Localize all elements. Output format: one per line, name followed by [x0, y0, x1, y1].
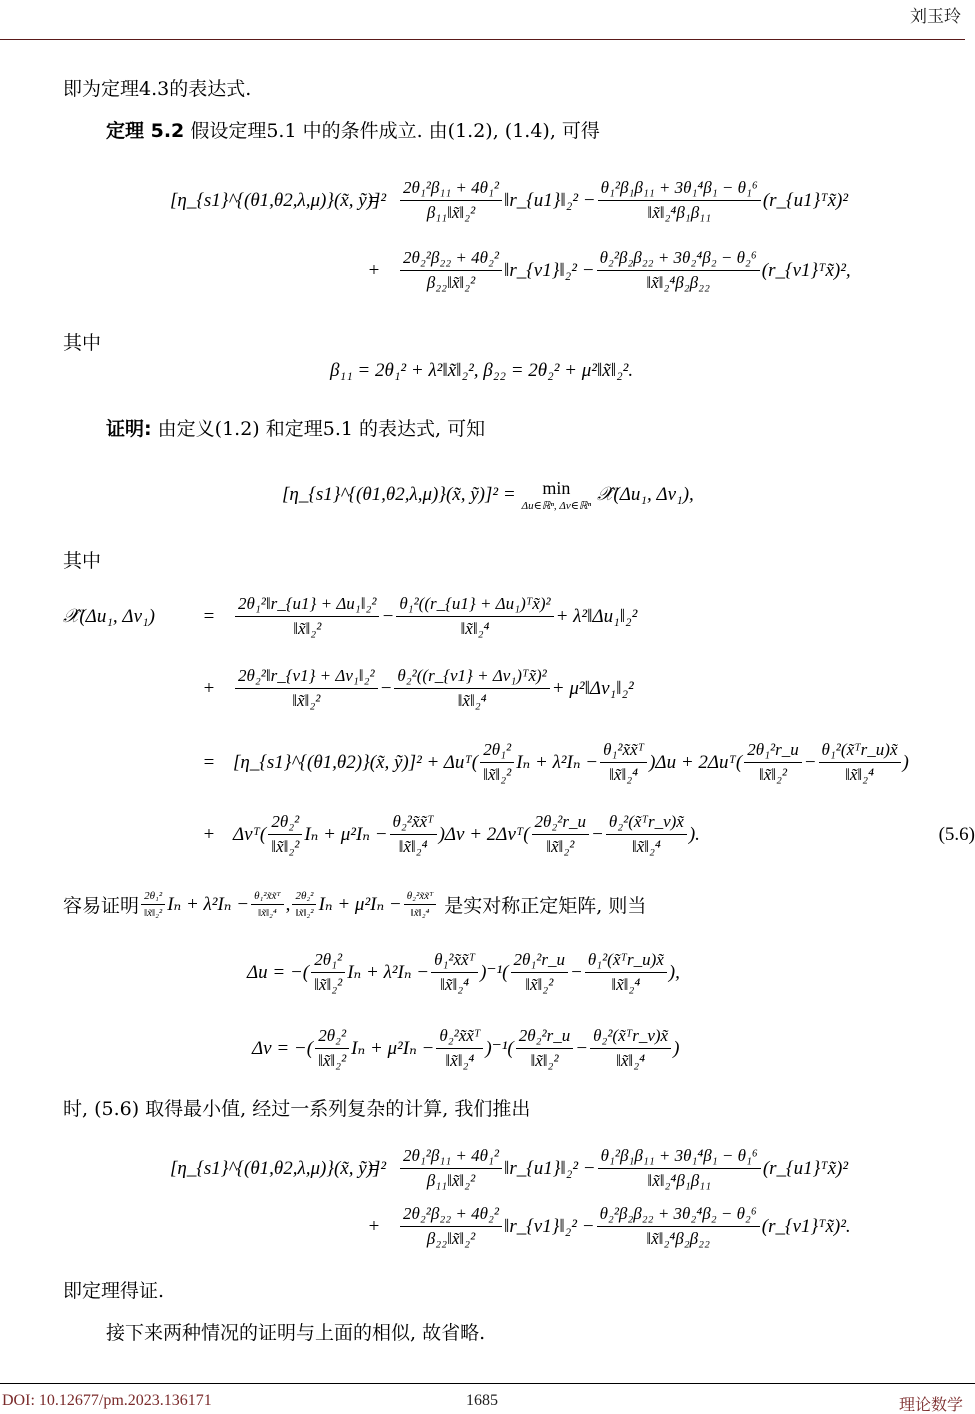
fraction: 2θ₁²‖x̃‖₂²: [311, 950, 345, 995]
equation-x-row4: + Δvᵀ( 2θ₂²‖x̃‖₂² Iₙ + μ²Iₙ − θ₂²x̃x̃ᵀ‖x…: [63, 812, 975, 857]
denominator: ‖x̃‖₂⁴: [255, 905, 280, 919]
denominator: ‖x̃‖₂⁴: [396, 835, 431, 857]
denominator: ‖x̃‖₂⁴: [613, 1049, 648, 1071]
fraction: 2θ₂²β₂₂ + 4θ₂²β₂₂‖x̃‖₂²: [400, 248, 502, 293]
equation-theorem-5-2-row1: [η_{s1}^{(θ1,θ2,λ,μ)}(x̃, ỹ)]² = 2θ₁²β₁₁…: [170, 178, 848, 223]
math-term: Iₙ + λ²Iₙ −: [516, 751, 598, 774]
math-term: ).: [689, 824, 700, 846]
denominator: ‖x̃‖₂⁴: [408, 905, 433, 919]
math-term: + λ²‖Δu₁‖₂²: [556, 606, 638, 628]
denominator: ‖x̃‖₂²: [289, 689, 323, 711]
numerator: 2θ₁²: [141, 890, 165, 905]
fraction: 2θ₂²r_u‖x̃‖₂²: [516, 1026, 573, 1071]
math-term: Iₙ + μ²Iₙ −: [304, 823, 387, 846]
math-term: )Δv + 2Δvᵀ(: [439, 824, 530, 846]
text: 是实对称正定矩阵, 则当: [444, 891, 646, 918]
math-term: + μ²‖Δv₁‖₂²: [552, 678, 634, 700]
fraction: 2θ₁²‖x̃‖₂²: [480, 740, 514, 785]
relation-equals: =: [350, 1158, 398, 1180]
fraction: θ₁²β₁β₁₁ + 3θ₁⁴β₁ − θ₁⁶‖x̃‖₂⁴β₁β₁₁: [598, 178, 761, 223]
footer-rule: [0, 1383, 975, 1384]
math-term: Δv = −(: [252, 1038, 313, 1060]
denominator: ‖x̃‖₂⁴β₂β₂₂: [643, 1227, 713, 1249]
numerator: 2θ₂²‖r_{v1} + Δv₁‖₂²: [235, 666, 378, 689]
fraction: 2θ₂²‖x̃‖₂²: [292, 890, 316, 919]
math-term: −: [381, 606, 394, 628]
paragraph-qed: 即定理得证.: [63, 1276, 164, 1303]
fraction: 2θ₂²‖x̃‖₂²: [268, 812, 302, 857]
paragraph-minimum: 时, (5.6) 取得最小值, 经过一系列复杂的计算, 我们推出: [63, 1094, 530, 1121]
numerator: θ₂²β₂β₂₂ + 3θ₂⁴β₂ − θ₂⁶: [597, 1204, 760, 1227]
denominator: ‖x̃‖₂⁴: [458, 617, 493, 639]
paragraph-positive-definite: 容易证明 2θ₁²‖x̃‖₂² Iₙ + λ²Iₙ − θ₁²x̃x̃ᵀ‖x̃‖…: [63, 890, 646, 919]
equation-beta-definition: β₁₁ = 2θ₁² + λ²‖x̃‖₂², β₂₂ = 2θ₂² + μ²‖x…: [330, 360, 633, 382]
fraction: θ₂²(x̃ᵀr_v)x̃‖x̃‖₂⁴: [590, 1026, 671, 1071]
math-term: ‖r_{v1}‖₂² −: [504, 1216, 595, 1238]
numerator: 2θ₂²r_u: [532, 812, 589, 835]
fraction: θ₁²(x̃ᵀr_u)x̃‖x̃‖₂⁴: [819, 740, 901, 785]
fraction: θ₂²(x̃ᵀr_v)x̃‖x̃‖₂⁴: [606, 812, 687, 857]
paragraph-where-2: 其中: [63, 546, 101, 573]
paragraph-theorem-4-3-ref: 即为定理4.3的表达式.: [63, 74, 251, 101]
fraction: 2θ₁²r_u‖x̃‖₂²: [511, 950, 568, 995]
denominator: ‖x̃‖₂⁴: [606, 763, 641, 785]
equation-lhs: [η_{s1}^{(θ1,θ2,λ,μ)}(x̃, ỹ)]² =: [282, 484, 516, 506]
relation-plus: +: [350, 1216, 398, 1238]
math-term: [η_{s1}^{(θ1,θ2)}(x̃, ỹ)]² + Δuᵀ(: [233, 752, 478, 774]
math-term: (r_{v1}ᵀx̃)².: [762, 1216, 851, 1238]
proof-label: 证明:: [106, 418, 152, 440]
fraction: 2θ₂²‖r_{v1} + Δv₁‖₂²‖x̃‖₂²: [235, 666, 378, 711]
numerator: θ₂²(x̃ᵀr_v)x̃: [606, 812, 687, 835]
math-term: −: [570, 962, 583, 984]
header-rule: [0, 39, 965, 40]
math-term: Δu = −(: [247, 962, 309, 984]
operator-subscript: Δu∈ℝⁿ, Δv∈ℝⁿ: [522, 499, 591, 512]
proof-intro: 证明: 由定义(1.2) 和定理5.1 的表达式, 可知: [106, 414, 485, 441]
equation-delta-u: Δu = −( 2θ₁²‖x̃‖₂² Iₙ + λ²Iₙ − θ₁²x̃x̃ᵀ‖…: [247, 950, 680, 995]
equation-lhs: 𝒳̂(Δu₁, Δv₁): [63, 606, 185, 628]
denominator: ‖x̃‖₂⁴: [442, 1049, 477, 1071]
numerator: 2θ₁²‖r_{u1} + Δu₁‖₂²: [235, 594, 379, 617]
theorem-text: 假设定理5.1 中的条件成立. 由(1.2), (1.4), 可得: [190, 120, 600, 142]
numerator: 2θ₂²r_u: [516, 1026, 573, 1049]
math-term: ‖r_{v1}‖₂² −: [504, 260, 595, 282]
relation-plus: +: [185, 678, 233, 700]
denominator: β₂₂‖x̃‖₂²: [424, 1227, 478, 1249]
denominator: ‖x̃‖₂²: [522, 973, 556, 995]
numerator: 2θ₁²r_u: [744, 740, 801, 763]
fraction: θ₁²(x̃ᵀr_u)x̃‖x̃‖₂⁴: [585, 950, 667, 995]
numerator: θ₁²x̃x̃ᵀ: [251, 890, 284, 905]
relation-plus: +: [350, 260, 398, 282]
math-term: )⁻¹(: [485, 1037, 513, 1060]
equation-rhs: 𝒳̂(Δu₁, Δv₁),: [597, 484, 694, 506]
math-term: ‖r_{u1}‖₂² −: [504, 190, 596, 212]
denominator: ‖x̃‖₂²: [756, 763, 790, 785]
equation-final-row2: + 2θ₂²β₂₂ + 4θ₂²β₂₂‖x̃‖₂² ‖r_{v1}‖₂² − θ…: [170, 1204, 851, 1249]
math-term: −: [575, 1038, 588, 1060]
math-term: Iₙ + μ²Iₙ −: [351, 1037, 434, 1060]
numerator: 2θ₁²β₁₁ + 4θ₁²: [400, 178, 502, 201]
fraction: 2θ₁²β₁₁ + 4θ₁²β₁₁‖x̃‖₂²: [400, 178, 502, 223]
math-term: Iₙ + μ²Iₙ −: [319, 893, 402, 916]
numerator: θ₁²(x̃ᵀr_u)x̃: [585, 950, 667, 973]
math-term: −: [380, 678, 393, 700]
fraction: θ₂²x̃x̃ᵀ‖x̃‖₂⁴: [404, 890, 437, 919]
math-term: (r_{v1}ᵀx̃)²,: [762, 260, 851, 282]
numerator: θ₂²(x̃ᵀr_v)x̃: [590, 1026, 671, 1049]
numerator: θ₁²x̃x̃ᵀ: [600, 740, 647, 763]
denominator: ‖x̃‖₂²: [141, 905, 165, 919]
math-term: ): [673, 1038, 679, 1060]
relation-plus: +: [185, 824, 233, 846]
fraction: θ₁²x̃x̃ᵀ‖x̃‖₂⁴: [600, 740, 647, 785]
numerator: 2θ₁²r_u: [511, 950, 568, 973]
min-operator: min Δu∈ℝⁿ, Δv∈ℝⁿ: [522, 478, 591, 512]
text: 容易证明: [63, 891, 139, 918]
equation-final-row1: [η_{s1}^{(θ1,θ2,λ,μ)}(x̃, ỹ)]² = 2θ₁²β₁₁…: [170, 1146, 848, 1191]
numerator: 2θ₁²β₁₁ + 4θ₁²: [400, 1146, 502, 1169]
equation-x-row1: 𝒳̂(Δu₁, Δv₁) = 2θ₁²‖r_{u1} + Δu₁‖₂²‖x̃‖₂…: [63, 594, 637, 639]
math-term: −: [804, 752, 817, 774]
theorem-label: 定理 5.2: [106, 120, 184, 142]
fraction: 2θ₁²r_u‖x̃‖₂²: [744, 740, 801, 785]
denominator: ‖x̃‖₂⁴β₁β₁₁: [644, 1169, 714, 1191]
math-term: ‖r_{u1}‖₂² −: [504, 1158, 596, 1180]
math-term: Iₙ + λ²Iₙ −: [347, 961, 429, 984]
fraction: θ₂²β₂β₂₂ + 3θ₂⁴β₂ − θ₂⁶‖x̃‖₂⁴β₂β₂₂: [597, 248, 760, 293]
equation-number: (5.6): [939, 824, 975, 846]
relation-equals: =: [185, 752, 233, 774]
numerator: θ₁²((r_{u1} + Δu₁)ᵀx̃)²: [396, 594, 553, 617]
fraction: 2θ₁²β₁₁ + 4θ₁²β₁₁‖x̃‖₂²: [400, 1146, 502, 1191]
relation-equals: =: [185, 606, 233, 628]
fraction: 2θ₂²‖x̃‖₂²: [315, 1026, 349, 1071]
numerator: θ₁²x̃x̃ᵀ: [431, 950, 478, 973]
proof-text: 由定义(1.2) 和定理5.1 的表达式, 可知: [158, 418, 485, 440]
fraction: θ₂²β₂β₂₂ + 3θ₂⁴β₂ − θ₂⁶‖x̃‖₂⁴β₂β₂₂: [597, 1204, 760, 1249]
fraction: 2θ₁²‖r_{u1} + Δu₁‖₂²‖x̃‖₂²: [235, 594, 379, 639]
denominator: ‖x̃‖₂²: [315, 1049, 349, 1071]
equation-min: [η_{s1}^{(θ1,θ2,λ,μ)}(x̃, ỹ)]² = min Δu∈…: [282, 478, 694, 512]
math-term: (r_{u1}ᵀx̃)²: [763, 190, 848, 212]
fraction: 2θ₂²β₂₂ + 4θ₂²β₂₂‖x̃‖₂²: [400, 1204, 502, 1249]
math-term: )⁻¹(: [480, 961, 508, 984]
denominator: ‖x̃‖₂⁴: [842, 763, 877, 785]
numerator: 2θ₂²: [315, 1026, 349, 1049]
numerator: θ₁²(x̃ᵀr_u)x̃: [819, 740, 901, 763]
fraction: θ₁²β₁β₁₁ + 3θ₁⁴β₁ − θ₁⁶‖x̃‖₂⁴β₁β₁₁: [598, 1146, 761, 1191]
denominator: β₁₁‖x̃‖₂²: [424, 1169, 478, 1191]
fraction: θ₂²x̃x̃ᵀ‖x̃‖₂⁴: [390, 812, 437, 857]
numerator: θ₂²x̃x̃ᵀ: [390, 812, 437, 835]
fraction: 2θ₂²r_u‖x̃‖₂²: [532, 812, 589, 857]
numerator: 2θ₁²: [480, 740, 514, 763]
operator: min: [542, 478, 570, 499]
math-term: )Δu + 2Δuᵀ(: [649, 752, 742, 774]
equation-lhs: [η_{s1}^{(θ1,θ2,λ,μ)}(x̃, ỹ)]²: [170, 190, 350, 212]
numerator: θ₁²β₁β₁₁ + 3θ₁⁴β₁ − θ₁⁶: [598, 178, 761, 201]
numerator: 2θ₂²: [292, 890, 316, 905]
numerator: 2θ₂²: [268, 812, 302, 835]
denominator: ‖x̃‖₂²: [290, 617, 324, 639]
math-term: Iₙ + λ²Iₙ −: [167, 893, 249, 916]
numerator: 2θ₂²β₂₂ + 4θ₂²: [400, 1204, 502, 1227]
numerator: θ₂²β₂β₂₂ + 3θ₂⁴β₂ − θ₂⁶: [597, 248, 760, 271]
paragraph-omitted: 接下来两种情况的证明与上面的相似, 故省略.: [106, 1318, 485, 1345]
denominator: ‖x̃‖₂⁴: [437, 973, 472, 995]
numerator: θ₁²β₁β₁₁ + 3θ₁⁴β₁ − θ₁⁶: [598, 1146, 761, 1169]
denominator: ‖x̃‖₂⁴: [608, 973, 643, 995]
paragraph-where-1: 其中: [63, 328, 101, 355]
denominator: ‖x̃‖₂²: [527, 1049, 561, 1071]
denominator: ‖x̃‖₂⁴β₁β₁₁: [644, 201, 714, 223]
equation-delta-v: Δv = −( 2θ₂²‖x̃‖₂² Iₙ + μ²Iₙ − θ₂²x̃x̃ᵀ‖…: [252, 1026, 679, 1071]
fraction: θ₁²x̃x̃ᵀ‖x̃‖₂⁴: [251, 890, 284, 919]
running-header-author: 刘玉玲: [910, 2, 961, 27]
footer-page-number: 1685: [466, 1392, 498, 1410]
equation-x-row2: + 2θ₂²‖r_{v1} + Δv₁‖₂²‖x̃‖₂² − θ₂²((r_{v…: [63, 666, 634, 711]
fraction: θ₂²x̃x̃ᵀ‖x̃‖₂⁴: [436, 1026, 483, 1071]
equation-x-row3: = [η_{s1}^{(θ1,θ2)}(x̃, ỹ)]² + Δuᵀ( 2θ₁²…: [63, 740, 909, 785]
denominator: ‖x̃‖₂⁴: [455, 689, 490, 711]
equation-lhs: [η_{s1}^{(θ1,θ2,λ,μ)}(x̃, ỹ)]²: [170, 1158, 350, 1180]
denominator: ‖x̃‖₂²: [311, 973, 345, 995]
fraction: θ₂²((r_{v1} + Δv₁)ᵀx̃)²‖x̃‖₂⁴: [394, 666, 549, 711]
denominator: ‖x̃‖₂²: [268, 835, 302, 857]
math-term: ): [903, 752, 909, 774]
denominator: β₂₂‖x̃‖₂²: [424, 271, 478, 293]
denominator: ‖x̃‖₂⁴β₂β₂₂: [643, 271, 713, 293]
denominator: ‖x̃‖₂²: [480, 763, 514, 785]
numerator: 2θ₁²: [311, 950, 345, 973]
fraction: θ₁²x̃x̃ᵀ‖x̃‖₂⁴: [431, 950, 478, 995]
math-term: ),: [669, 962, 680, 984]
fraction: 2θ₁²‖x̃‖₂²: [141, 890, 165, 919]
denominator: β₁₁‖x̃‖₂²: [424, 201, 478, 223]
math-term: (r_{u1}ᵀx̃)²: [763, 1158, 848, 1180]
denominator: ‖x̃‖₂⁴: [629, 835, 664, 857]
relation-equals: =: [350, 190, 398, 212]
numerator: θ₂²x̃x̃ᵀ: [404, 890, 437, 905]
math-term: Δvᵀ(: [233, 824, 266, 846]
denominator: ‖x̃‖₂²: [543, 835, 577, 857]
numerator: θ₂²((r_{v1} + Δv₁)ᵀx̃)²: [394, 666, 549, 689]
footer-journal-name: 理论数学: [899, 1392, 963, 1414]
theorem-5-2-statement: 定理 5.2 假设定理5.1 中的条件成立. 由(1.2), (1.4), 可得: [106, 116, 600, 143]
denominator: ‖x̃‖₂²: [292, 905, 316, 919]
math-term: −: [591, 824, 604, 846]
fraction: θ₁²((r_{u1} + Δu₁)ᵀx̃)²‖x̃‖₂⁴: [396, 594, 553, 639]
numerator: 2θ₂²β₂₂ + 4θ₂²: [400, 248, 502, 271]
numerator: θ₂²x̃x̃ᵀ: [436, 1026, 483, 1049]
footer-doi-link[interactable]: DOI: 10.12677/pm.2023.136171: [2, 1392, 212, 1410]
separator: ,: [286, 894, 291, 916]
equation-theorem-5-2-row2: + 2θ₂²β₂₂ + 4θ₂²β₂₂‖x̃‖₂² ‖r_{v1}‖₂² − θ…: [170, 248, 851, 293]
